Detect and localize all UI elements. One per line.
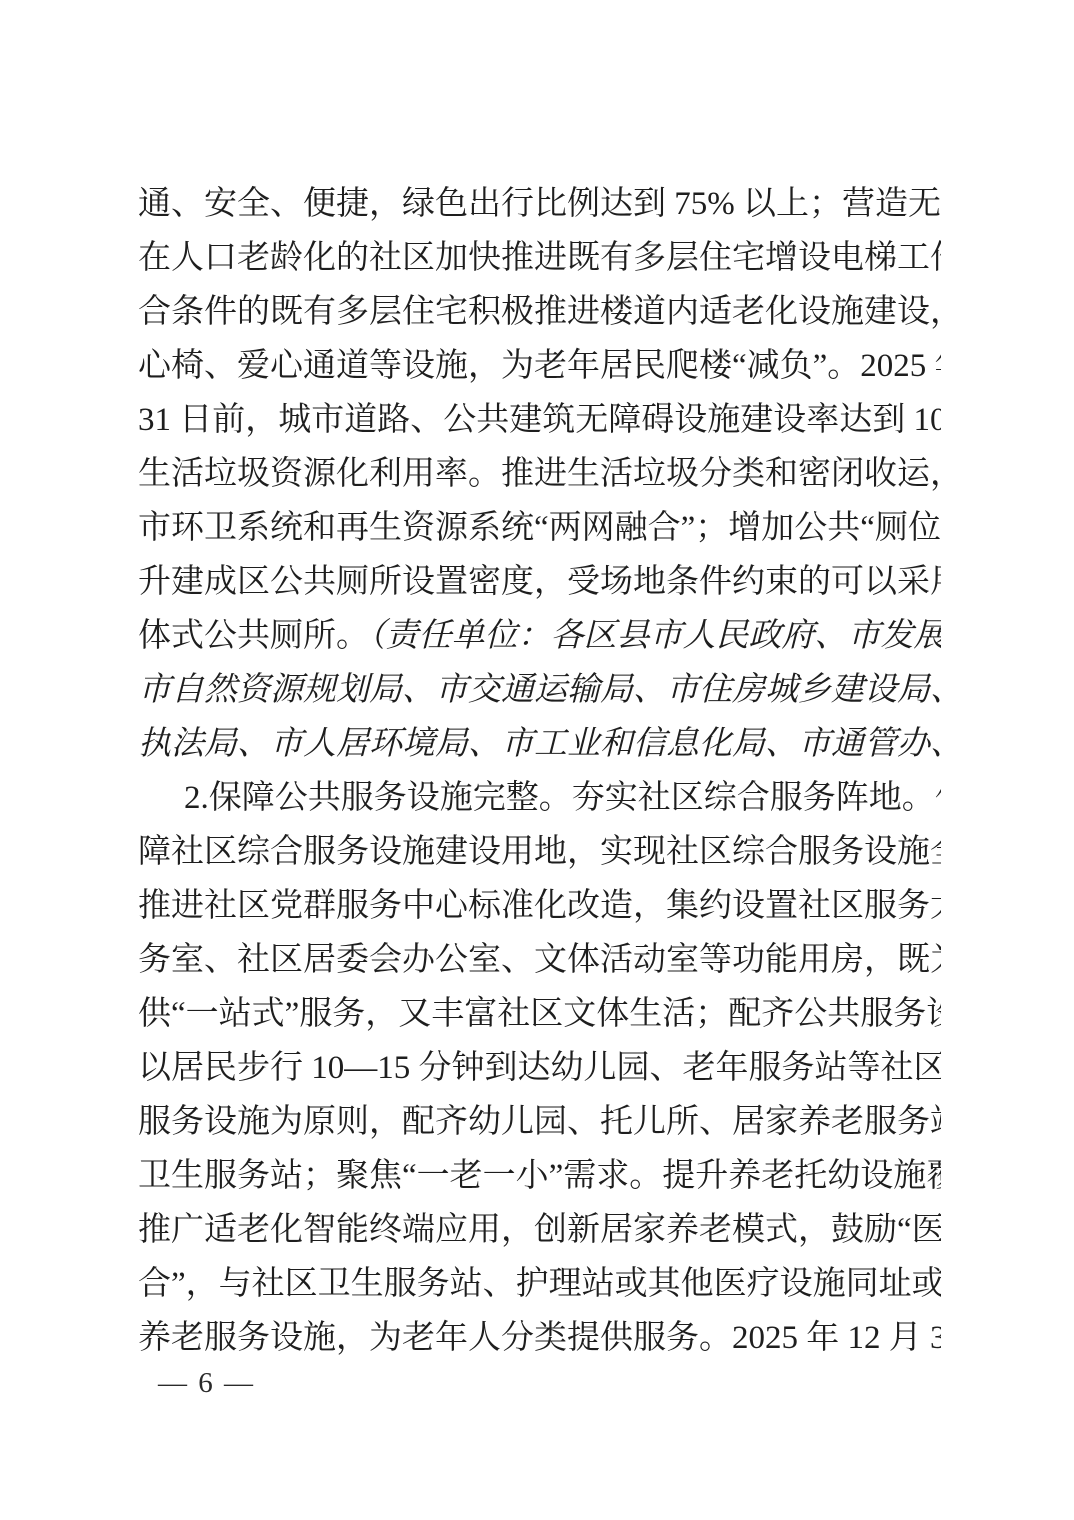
responsibility-unit-line: 执法局、市人居环境局、市工业和信息化局、市通管办、市残联）: [138, 717, 941, 771]
body-text-line: 合条件的既有多层住宅积极推进楼道内适老化设施建设，增设爱: [138, 285, 941, 339]
body-text-line-mixed: 体式公共厕所。（责任单位：各区县市人民政府、市发展改革委、: [138, 609, 941, 663]
body-text-line: 供“一站式”服务，又丰富社区文体生活；配齐公共服务设施。: [138, 987, 941, 1041]
body-text-segment: 体式公共厕所。: [138, 618, 369, 654]
body-text-line: 推进社区党群服务中心标准化改造，集约设置社区服务大厅、警: [138, 879, 941, 933]
body-text-line: 养老服务设施，为老年人分类提供服务。2025 年 12 月 31 日前，每: [138, 1311, 941, 1365]
body-text-line: 合”，与社区卫生服务站、护理站或其他医疗设施同址或邻近设置: [138, 1257, 941, 1311]
body-text-line: 服务设施为原则，配齐幼儿园、托儿所、居家养老服务站、社区: [138, 1095, 941, 1149]
body-text-line: 31 日前，城市道路、公共建筑无障碍设施建设率达到 100%；提高: [138, 393, 941, 447]
body-text-line: 推广适老化智能终端应用，创新居家养老模式，鼓励“医养结: [138, 1203, 941, 1257]
body-text-line: 心椅、爱心通道等设施，为老年居民爬楼“减负”。2025 年 12 月: [138, 339, 941, 393]
responsibility-unit-line: 市自然资源规划局、市交通运输局、市住房城乡建设局、市城管: [138, 663, 941, 717]
page-number: — 6 —: [158, 1366, 255, 1400]
body-text-line: 通、安全、便捷，绿色出行比例达到 75% 以上；营造无障碍环境。: [138, 177, 941, 231]
responsibility-unit-text: （责任单位：各区县市人民政府、市发展改革委、: [369, 618, 941, 654]
paragraph-start-line: 2.保障公共服务设施完整。夯实社区综合服务阵地。优先保: [138, 771, 941, 825]
body-text-line: 障社区综合服务设施建设用地，实现社区综合服务设施全覆盖。: [138, 825, 941, 879]
body-text-line: 务室、社区居委会办公室、文体活动室等功能用房，既为群众提: [138, 933, 941, 987]
document-page: 通、安全、便捷，绿色出行比例达到 75% 以上；营造无障碍环境。 在人口老龄化的…: [0, 0, 1074, 1520]
body-text-line: 升建成区公共厕所设置密度，受场地条件约束的可以采用集成箱: [138, 555, 941, 609]
body-text-line: 市环卫系统和再生资源系统“两网融合”；增加公共“厕位”。提: [138, 501, 941, 555]
body-text-line: 以居民步行 10—15 分钟到达幼儿园、老年服务站等社区基本公共: [138, 1041, 941, 1095]
body-text: 通、安全、便捷，绿色出行比例达到 75% 以上；营造无障碍环境。 在人口老龄化的…: [138, 177, 941, 1365]
body-text-line: 在人口老龄化的社区加快推进既有多层住宅增设电梯工作，不符: [138, 231, 941, 285]
body-text-line: 卫生服务站；聚焦“一老一小”需求。提升养老托幼设施覆盖面，: [138, 1149, 941, 1203]
body-text-line: 生活垃圾资源化利用率。推进生活垃圾分类和密闭收运，促进城: [138, 447, 941, 501]
